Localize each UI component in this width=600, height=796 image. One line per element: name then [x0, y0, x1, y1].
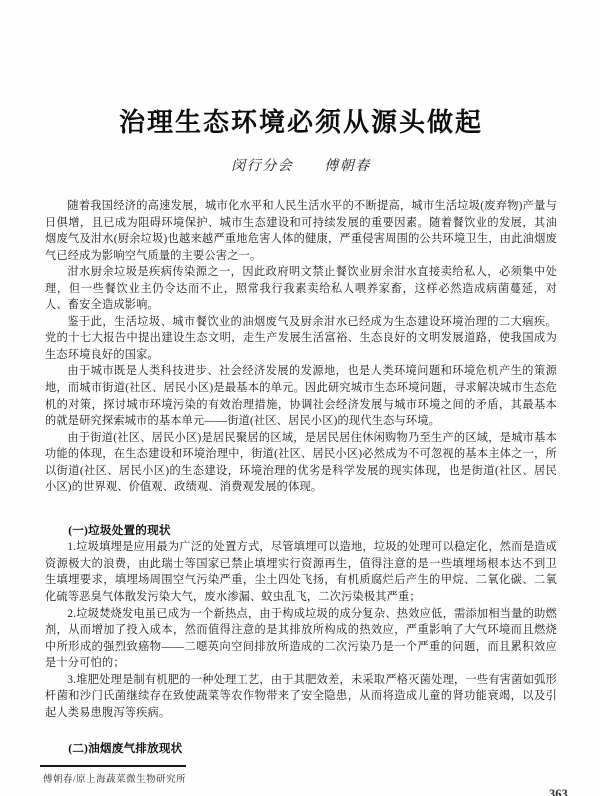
- article-title: 治理生态环境必须从源头做起: [45, 106, 557, 140]
- page-number: 363: [549, 787, 568, 796]
- paragraph-intro-5: 由于街道(社区、居民小区)是居民聚居的区域，是居民居住休闲购物乃至生产的区域，是…: [45, 430, 557, 496]
- section1-item-incineration: 2.垃圾焚烧发电虽已成为一个新热点，由于构成垃圾的成分复杂、热效应低，需添加相当…: [45, 606, 557, 672]
- section1-item-composting: 3.堆肥处理是制有机肥的一种处理工艺，由于其肥效差，未采取严格灭菌处理，一些有害…: [45, 672, 557, 722]
- article-body: 随着我国经济的高速发展，城市化水平和人民生活水平的不断提高，城市生活垃圾(废弃物…: [45, 198, 557, 758]
- article-content: 治理生态环境必须从源头做起 闵行分会 傅朝春 随着我国经济的高速发展，城市化水平…: [0, 0, 600, 758]
- section1-item-landfill: 1.垃圾填埋是应用最为广泛的处置方式，尽管填埋可以造地，垃圾的处理可以稳定化，然…: [45, 539, 557, 605]
- footnote-divider: [40, 765, 186, 767]
- article-byline: 闵行分会 傅朝春: [45, 155, 557, 175]
- section-heading-fume-emission: (二)油烟废气排放现状: [45, 741, 557, 758]
- paragraph-intro-4: 由于城市既是人类科技进步、社会经济发展的发源地，也是人类环境问题和环境危机产生的…: [45, 363, 557, 429]
- paragraph-intro-3: 鉴于此，生活垃圾、城市餐饮业的油烟废气及厨余泔水已经成为生态建设环境治理的二大痼…: [45, 314, 557, 364]
- scanned-document-page: 治理生态环境必须从源头做起 闵行分会 傅朝春 随着我国经济的高速发展，城市化水平…: [0, 0, 600, 796]
- author-footnote: 傅朝春/原上海蔬菜微生物研究所: [43, 771, 186, 785]
- section-heading-waste-disposal: (一)垃圾处置的现状: [45, 523, 557, 540]
- paragraph-intro-2: 泔水厨余垃圾是疾病传染源之一，因此政府明文禁止餐饮业厨余泔水直接卖给私人，必须集…: [45, 264, 557, 314]
- paragraph-intro-1: 随着我国经济的高速发展，城市化水平和人民生活水平的不断提高，城市生活垃圾(废弃物…: [45, 198, 557, 264]
